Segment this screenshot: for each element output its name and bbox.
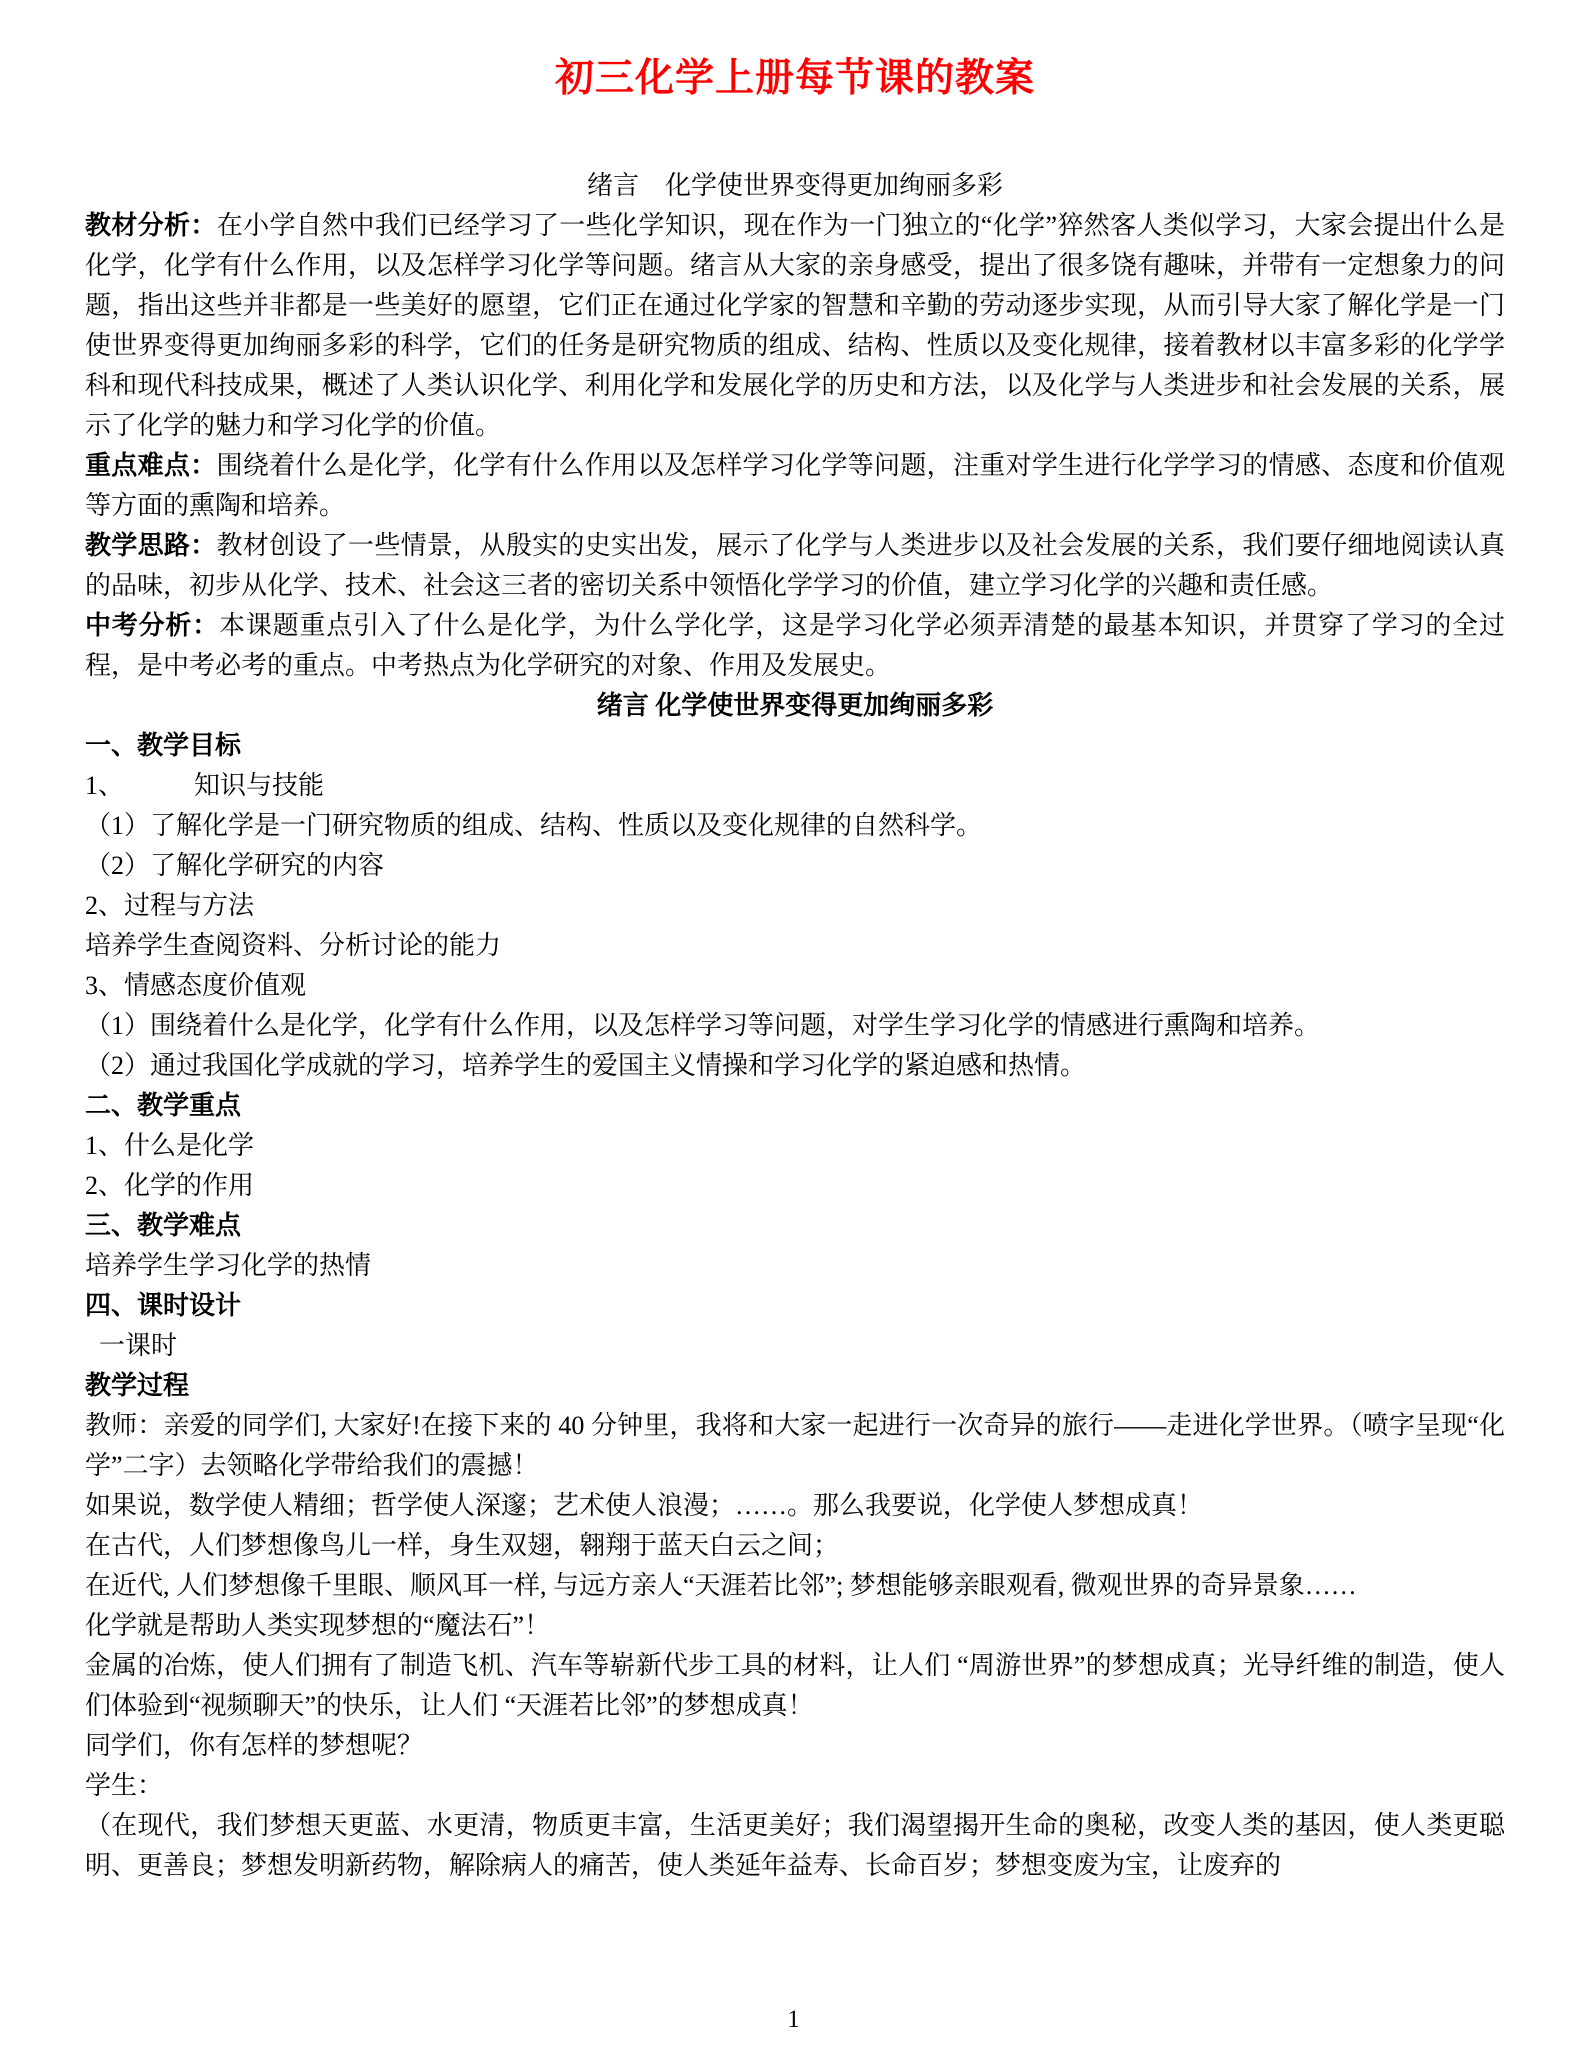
process-line-magic-stone: 化学就是帮助人类实现梦想的“魔法石”！ (85, 1606, 1505, 1646)
key-difficulties-para: 重点难点：围绕着什么是化学，化学有什么作用以及怎样学习化学等问题，注重对学生进行… (85, 446, 1505, 526)
process-line-student-answer: （在现代，我们梦想天更蓝、水更清，物质更丰富，生活更美好；我们渴望揭开生命的奥秘… (85, 1806, 1505, 1886)
emotion-objective-2: （2）通过我国化学成就的学习，培养学生的爱国主义情操和学习化学的紧迫感和热情。 (85, 1046, 1505, 1086)
key-difficulties-label: 重点难点： (85, 451, 217, 480)
process-line-teacher-intro: 教师：亲爱的同学们, 大家好!在接下来的 40 分钟里，我将和大家一起进行一次奇… (85, 1406, 1505, 1486)
schedule-desc: 一课时 (85, 1326, 1505, 1366)
teaching-process-heading: 教学过程 (85, 1366, 1505, 1406)
schedule-heading: 四、课时设计 (85, 1286, 1505, 1326)
teaching-approach-text: 教材创设了一些情景，从殷实的史实出发，展示了化学与人类进步以及社会发展的关系，我… (85, 531, 1505, 600)
teaching-approach-para: 教学思路：教材创设了一些情景，从殷实的史实出发，展示了化学与人类进步以及社会发展… (85, 526, 1505, 606)
teaching-approach-label: 教学思路： (85, 531, 217, 560)
material-analysis-para: 教材分析：在小学自然中我们已经学习了一些化学知识，现在作为一门独立的“化学”猝然… (85, 206, 1505, 446)
emotion-objective-1: （1）围绕着什么是化学，化学有什么作用，以及怎样学习等问题，对学生学习化学的情感… (85, 1006, 1505, 1046)
knowledge-skills-number: 1、 (85, 771, 124, 800)
material-analysis-label: 教材分析： (85, 211, 217, 240)
exam-analysis-para: 中考分析：本课题重点引入了什么是化学，为什么学化学，这是学习化学必须弄清楚的最基… (85, 606, 1505, 686)
page-number: 1 (0, 2005, 1587, 2035)
process-method-item: 2、过程与方法 (85, 886, 1505, 926)
process-line-metallurgy: 金属的冶炼，使人们拥有了制造飞机、汽车等崭新代步工具的材料，让人们 “周游世界”… (85, 1646, 1505, 1726)
document-page: 初三化学上册每节课的教案 绪言 化学使世界变得更加绚丽多彩 教材分析：在小学自然… (0, 0, 1587, 2061)
key-point-2: 2、化学的作用 (85, 1166, 1505, 1206)
emotion-values-item: 3、情感态度价值观 (85, 966, 1505, 1006)
process-method-desc: 培养学生查阅资料、分析讨论的能力 (85, 926, 1505, 966)
lesson-intro-heading: 绪言 化学使世界变得更加绚丽多彩 (85, 166, 1505, 206)
page-title: 初三化学上册每节课的教案 (85, 54, 1505, 104)
objectives-heading: 一、教学目标 (85, 726, 1505, 766)
lesson-title-heading: 绪言 化学使世界变得更加绚丽多彩 (85, 686, 1505, 726)
knowledge-skills-title: 知识与技能 (194, 771, 324, 800)
difficulties-heading: 三、教学难点 (85, 1206, 1505, 1246)
process-line-student-label: 学生： (85, 1766, 1505, 1806)
exam-analysis-text: 本课题重点引入了什么是化学，为什么学化学，这是学习化学必须弄清楚的最基本知识，并… (85, 611, 1505, 680)
key-point-1: 1、什么是化学 (85, 1126, 1505, 1166)
process-line-ancient: 在古代，人们梦想像鸟儿一样，身生双翅，翱翔于蓝天白云之间； (85, 1526, 1505, 1566)
key-difficulties-text: 围绕着什么是化学，化学有什么作用以及怎样学习化学等问题，注重对学生进行化学学习的… (85, 451, 1505, 520)
key-points-heading: 二、教学重点 (85, 1086, 1505, 1126)
difficulties-desc: 培养学生学习化学的热情 (85, 1246, 1505, 1286)
process-line-if-said: 如果说，数学使人精细；哲学使人深邃；艺术使人浪漫；……。那么我要说，化学使人梦想… (85, 1486, 1505, 1526)
process-line-question: 同学们，你有怎样的梦想呢？ (85, 1726, 1505, 1766)
knowledge-skills-item: 1、知识与技能 (85, 766, 1505, 806)
knowledge-objective-1: （1）了解化学是一门研究物质的组成、结构、性质以及变化规律的自然科学。 (85, 806, 1505, 846)
process-line-modern: 在近代, 人们梦想像千里眼、顺风耳一样, 与远方亲人“天涯若比邻”; 梦想能够亲… (85, 1566, 1505, 1606)
exam-analysis-label: 中考分析： (85, 611, 219, 640)
knowledge-objective-2: （2）了解化学研究的内容 (85, 846, 1505, 886)
material-analysis-text: 在小学自然中我们已经学习了一些化学知识，现在作为一门独立的“化学”猝然客人类似学… (85, 211, 1505, 440)
